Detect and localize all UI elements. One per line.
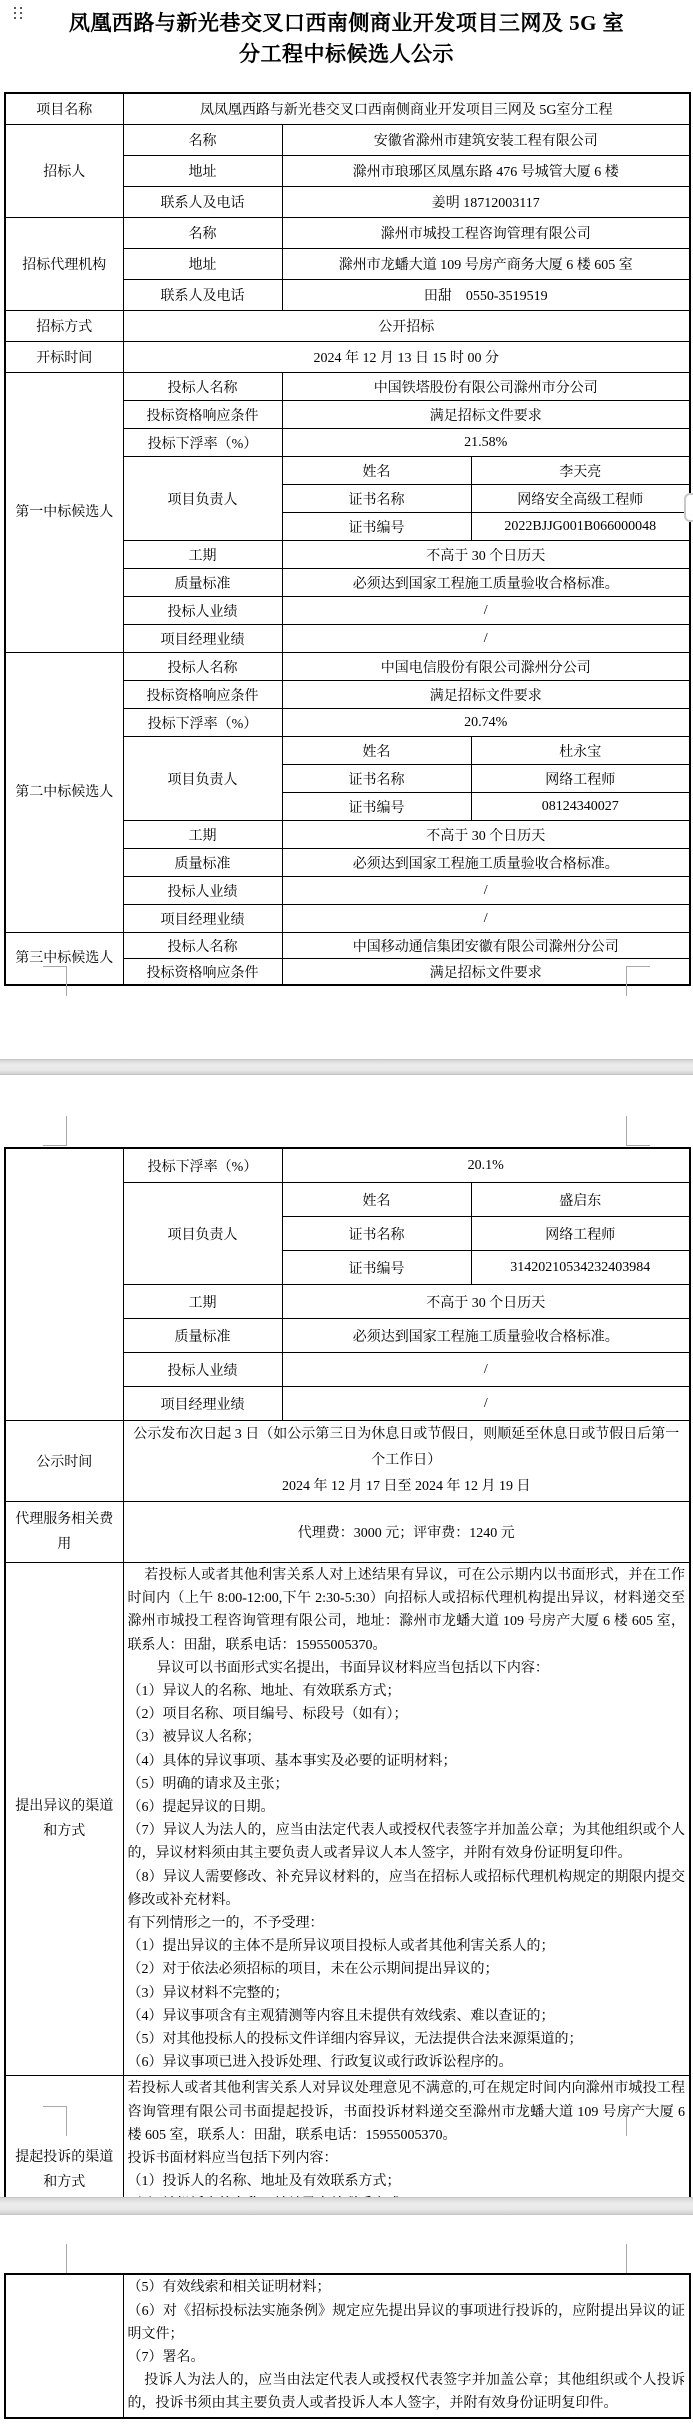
cell-label: 证书名称: [282, 485, 471, 513]
page-separator: [0, 1059, 693, 1075]
cell-value: 田甜 0550-3519519: [282, 280, 690, 311]
page-separator: [0, 2197, 693, 2215]
cell-label: 地址: [123, 249, 282, 280]
publicity-line3: 2024 年 12 月 17 日至 2024 年 12 月 19 日: [128, 1474, 686, 1500]
cell-label: 投标资格响应条件: [123, 959, 282, 986]
cell-value: 公示发布次日起 3 日（如公示第三日为休息日或节假日，则顺延至休息日或节假日后第…: [123, 1421, 690, 1502]
cell-label: 招标方式: [5, 311, 123, 342]
cell-value: 不高于 30 个日历天: [282, 541, 690, 569]
margin-corner-mark: [626, 1116, 650, 1146]
cell-value: 2024 年 12 月 13 日 15 时 00 分: [123, 342, 690, 373]
cell-value: 中国电信股份有限公司滁州分公司: [282, 653, 690, 681]
margin-corner-mark: [43, 1116, 67, 1146]
scrollbar-thumb[interactable]: [684, 493, 693, 522]
cell-label: 姓名: [282, 1183, 471, 1217]
cell-value: 凤凤凰西路与新光巷交叉口西南侧商业开发项目三网及 5G室分工程: [123, 93, 690, 125]
cell-value: 必须达到国家工程施工质量验收合格标准。: [282, 569, 690, 597]
page-title-line2: 分工程中标候选人公示: [0, 39, 693, 70]
cell-value: 不高于 30 个日历天: [282, 821, 690, 849]
cell-value: 公开招标: [123, 311, 690, 342]
tender-info-table-page3: （5）有效线索和相关证明材料； （6）对《招标投标法实施条例》规定应先提出异议的…: [4, 2273, 691, 2419]
cell-label: 项目名称: [5, 93, 123, 125]
cell-label: 投标人名称: [123, 653, 282, 681]
cell-label: 质量标准: [123, 849, 282, 877]
cell-value: 网络安全高级工程师: [471, 485, 690, 513]
cell-value: /: [282, 597, 690, 625]
cell-label: 证书编号: [282, 793, 471, 821]
cell-label: 代理服务相关费用: [5, 1502, 123, 1563]
margin-corner-mark: [43, 2106, 67, 2136]
cell-value: 2022BJJG001B066000048: [471, 513, 690, 541]
cell-label: 证书编号: [282, 513, 471, 541]
page-title: 凤凰西路与新光巷交叉口西南侧商业开发项目三网及 5G 室 分工程中标候选人公示: [0, 8, 693, 70]
cell-label: 第二中标候选人: [5, 653, 123, 933]
cell-value: 20.1%: [282, 1148, 690, 1183]
cell-value: 31420210534232403984: [471, 1251, 690, 1285]
cell-label: 名称: [123, 218, 282, 249]
cell-value: 网络工程师: [471, 1217, 690, 1251]
cell-label: 投标人业绩: [123, 877, 282, 905]
page-3: （5）有效线索和相关证明材料； （6）对《招标投标法实施条例》规定应先提出异议的…: [0, 2215, 693, 2434]
cell-value: 不高于 30 个日历天: [282, 1285, 690, 1319]
margin-corner-mark: [43, 966, 67, 996]
cell-value: 20.74%: [282, 709, 690, 737]
cell-label: 投标资格响应条件: [123, 681, 282, 709]
tender-info-table-page2: 投标下浮率（%） 20.1% 项目负责人 姓名 盛启东 证书名称 网络工程师 证…: [4, 1147, 691, 2266]
cell-label: 公示时间: [5, 1421, 123, 1502]
cell-label: 项目经理业绩: [123, 1387, 282, 1421]
cell-value: /: [282, 625, 690, 653]
cell-label: 工期: [123, 821, 282, 849]
tender-info-table-page1: 项目名称 凤凤凰西路与新光巷交叉口西南侧商业开发项目三网及 5G室分工程 招标人…: [4, 92, 691, 986]
cell-value: 李天亮: [471, 457, 690, 485]
cell-value: 08124340027: [471, 793, 690, 821]
cell-label: 证书编号: [282, 1251, 471, 1285]
cell-label: 证书名称: [282, 765, 471, 793]
cell-label: 项目负责人: [123, 1183, 282, 1285]
cell-label: 联系人及电话: [123, 187, 282, 218]
cell-value: 代理费：3000 元；评审费：1240 元: [123, 1502, 690, 1563]
cell-value: 盛启东: [471, 1183, 690, 1217]
cell-value: 滁州市琅琊区凤凰东路 476 号城管大厦 6 楼: [282, 156, 690, 187]
document-viewer: { "doc_title": { "line1": "凤凰西路与新光巷交叉口西南…: [0, 0, 693, 2434]
cell-label: 质量标准: [123, 1319, 282, 1353]
cell-label: 第一中标候选人: [5, 373, 123, 653]
cell-value: 必须达到国家工程施工质量验收合格标准。: [282, 849, 690, 877]
cell-value: 满足招标文件要求: [282, 681, 690, 709]
margin-corner-mark: [626, 2244, 650, 2274]
cell-value: 滁州市龙蟠大道 109 号房产商务大厦 6 楼 605 室: [282, 249, 690, 280]
cell-label: 投标人业绩: [123, 597, 282, 625]
cell-label: 招标代理机构: [5, 218, 123, 311]
cell-label: 工期: [123, 541, 282, 569]
cell-value: 杜永宝: [471, 737, 690, 765]
publicity-line2: 个工作日）: [128, 1448, 686, 1474]
cell-label: 地址: [123, 156, 282, 187]
cell-value: 姜明 18712003117: [282, 187, 690, 218]
cell-value: 滁州市城投工程咨询管理有限公司: [282, 218, 690, 249]
cell-value: 安徽省滁州市建筑安装工程有限公司: [282, 125, 690, 156]
cell-label: 开标时间: [5, 342, 123, 373]
cell-value: 中国移动通信集团安徽有限公司滁州分公司: [282, 933, 690, 959]
cell-label: 招标人: [5, 125, 123, 218]
objection-text: 若投标人或者其他利害关系人对上述结果有异议，可在公示期内以书面形式，并在工作时间…: [123, 1563, 690, 2076]
cell-label: 名称: [123, 125, 282, 156]
cell-label: 投标资格响应条件: [123, 401, 282, 429]
cell-label: 项目负责人: [123, 737, 282, 821]
cell-label: 姓名: [282, 737, 471, 765]
cell-label-empty: [5, 2274, 123, 2418]
publicity-line1: 公示发布次日起 3 日（如公示第三日为休息日或节假日，则顺延至休息日或节假日后第…: [128, 1422, 686, 1448]
cell-label: 项目经理业绩: [123, 625, 282, 653]
cell-value: /: [282, 1353, 690, 1387]
cell-value: 中国铁塔股份有限公司滁州市分公司: [282, 373, 690, 401]
page-title-line1: 凤凰西路与新光巷交叉口西南侧商业开发项目三网及 5G 室: [0, 8, 693, 39]
margin-corner-mark: [43, 2244, 67, 2274]
cell-label-empty: [5, 1148, 123, 1421]
cell-label: 投标下浮率（%）: [123, 429, 282, 457]
cell-label: 项目负责人: [123, 457, 282, 541]
margin-corner-mark: [626, 2106, 650, 2136]
cell-label: 投标下浮率（%）: [123, 1148, 282, 1183]
cell-label: 工期: [123, 1285, 282, 1319]
cell-value: 网络工程师: [471, 765, 690, 793]
cell-value: 必须达到国家工程施工质量验收合格标准。: [282, 1319, 690, 1353]
cell-label: 投标人名称: [123, 933, 282, 959]
margin-corner-mark: [626, 966, 650, 996]
cell-label: 姓名: [282, 457, 471, 485]
cell-label: 联系人及电话: [123, 280, 282, 311]
page-2: 投标下浮率（%） 20.1% 项目负责人 姓名 盛启东 证书名称 网络工程师 证…: [0, 1075, 693, 2197]
cell-value: /: [282, 905, 690, 933]
cell-value: /: [282, 1387, 690, 1421]
cell-value: /: [282, 877, 690, 905]
page-1: 凤凰西路与新光巷交叉口西南侧商业开发项目三网及 5G 室 分工程中标候选人公示 …: [0, 0, 693, 1059]
cell-label: 投标下浮率（%）: [123, 709, 282, 737]
complaint-text-page3: （5）有效线索和相关证明材料； （6）对《招标投标法实施条例》规定应先提出异议的…: [123, 2274, 690, 2418]
cell-value: 21.58%: [282, 429, 690, 457]
cell-label: 证书名称: [282, 1217, 471, 1251]
cell-label: 提出异议的渠道和方式: [5, 1563, 123, 2076]
cell-label: 质量标准: [123, 569, 282, 597]
cell-value: 满足招标文件要求: [282, 401, 690, 429]
cell-label: 投标人业绩: [123, 1353, 282, 1387]
cell-label: 项目经理业绩: [123, 905, 282, 933]
cell-label: 投标人名称: [123, 373, 282, 401]
